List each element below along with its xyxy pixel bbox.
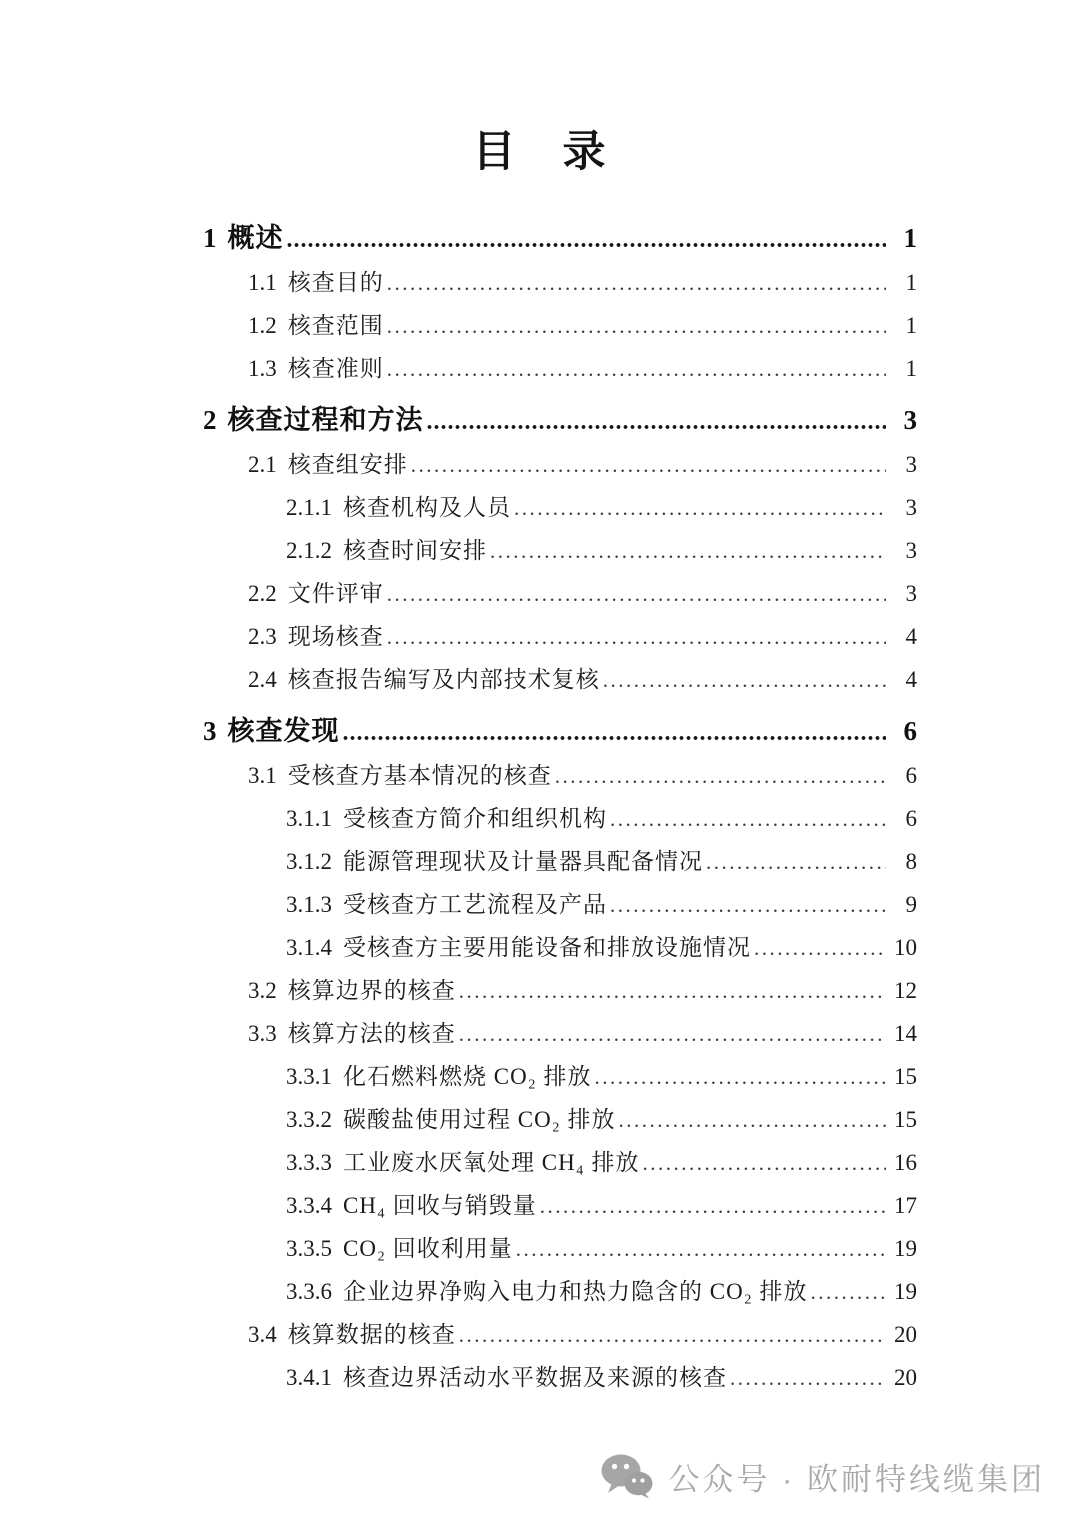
toc-entry-3.1.4: 3.1.4受核查方主要用能设备和排放设施情况..................… — [203, 929, 917, 972]
toc-entry-number: 3.3 — [248, 1021, 277, 1047]
toc-entry-2.1.2: 2.1.2核查时间安排.............................… — [203, 532, 917, 575]
toc-entry-number: 1 — [203, 223, 217, 254]
toc-entry-3.3.2: 3.3.2碳酸盐使用过程 CO₂ 排放.....................… — [203, 1101, 917, 1144]
toc-entry-label: 受核查方简介和组织机构 — [343, 800, 607, 833]
toc-leader-dots: ........................................… — [459, 1323, 886, 1348]
toc-entry-label: 核查边界活动水平数据及来源的核查 — [343, 1359, 727, 1392]
toc-entry-2.1: 2.1核查组安排................................… — [203, 446, 917, 489]
toc-entry-3.1.2: 3.1.2能源管理现状及计量器具配备情况....................… — [203, 843, 917, 886]
toc-entry-number: 3.1.1 — [286, 806, 332, 832]
toc-entry-number: 1.1 — [248, 270, 277, 296]
toc-entry-label: 核算方法的核查 — [288, 1015, 456, 1048]
toc-page-number: 17 — [891, 1193, 917, 1219]
toc-leader-dots: ........................................… — [642, 1151, 886, 1176]
toc-leader-dots: ........................................… — [754, 936, 886, 961]
toc-leader-dots: ........................................… — [603, 668, 886, 693]
toc-entry-1.2: 1.2核查范围.................................… — [203, 307, 917, 350]
toc-page-number: 20 — [891, 1365, 917, 1391]
page-title: 目 录 — [0, 0, 1080, 179]
toc-entry-number: 3.1.2 — [286, 849, 332, 875]
toc-page-number: 1 — [891, 356, 917, 382]
toc-entry-label: 碳酸盐使用过程 CO₂ 排放 — [343, 1101, 615, 1134]
toc-entry-number: 2.1.1 — [286, 495, 332, 521]
toc-leader-dots: ........................................… — [287, 227, 887, 254]
toc-entry-label: 核查机构及人员 — [343, 489, 511, 522]
toc-entry-label: 核查组安排 — [288, 446, 408, 479]
toc-entry-3.1: 3.1受核查方基本情况的核查..........................… — [203, 757, 917, 800]
toc-leader-dots: ........................................… — [387, 582, 886, 607]
watermark-footer: 公众号 · 欧耐特线缆集团 — [600, 1453, 1045, 1499]
toc-leader-dots: ........................................… — [810, 1280, 886, 1305]
toc-page-number: 4 — [891, 667, 917, 693]
toc-page-number: 1 — [891, 313, 917, 339]
toc-page-number: 14 — [891, 1021, 917, 1047]
toc-page-number: 16 — [891, 1150, 917, 1176]
toc-leader-dots: ........................................… — [610, 807, 886, 832]
toc-entry-number: 3.3.2 — [286, 1107, 332, 1133]
toc-page-number: 9 — [891, 892, 917, 918]
toc-entry-3.4.1: 3.4.1核查边界活动水平数据及来源的核查...................… — [203, 1359, 917, 1402]
toc-page-number: 1 — [891, 270, 917, 296]
toc-entry-label: 核查目的 — [288, 264, 384, 297]
toc-entry-3.3.3: 3.3.3工业废水厌氧处理 CH₄ 排放....................… — [203, 1144, 917, 1187]
toc-entry-number: 3.3.6 — [286, 1279, 332, 1305]
toc-leader-dots: ........................................… — [427, 409, 887, 436]
toc-entry-label: 核算数据的核查 — [288, 1316, 456, 1349]
toc-leader-dots: ........................................… — [490, 539, 886, 564]
toc-entry-number: 2 — [203, 405, 217, 436]
toc-entry-number: 2.1.2 — [286, 538, 332, 564]
toc-entry-number: 3.4 — [248, 1322, 277, 1348]
toc-entry-1.1: 1.1核查目的.................................… — [203, 264, 917, 307]
toc-entry-3.3.5: 3.3.5CO₂ 回收利用量..........................… — [203, 1230, 917, 1273]
toc-leader-dots: ........................................… — [514, 496, 886, 521]
toc-leader-dots: ........................................… — [459, 1022, 886, 1047]
toc-entry-number: 3.1 — [248, 763, 277, 789]
toc-page-number: 10 — [891, 935, 917, 961]
toc-entry-number: 3.3.5 — [286, 1236, 332, 1262]
toc-page-number: 15 — [891, 1064, 917, 1090]
toc-entry-number: 3.3.4 — [286, 1193, 332, 1219]
toc-entry-label: 核查过程和方法 — [228, 398, 424, 437]
toc-entry-label: 核查时间安排 — [343, 532, 487, 565]
toc-leader-dots: ........................................… — [387, 357, 886, 382]
toc-entry-number: 1.3 — [248, 356, 277, 382]
toc-entry-number: 3.3.3 — [286, 1150, 332, 1176]
toc-entry-3.1.1: 3.1.1受核查方简介和组织机构........................… — [203, 800, 917, 843]
toc-entry-label: CH₄ 回收与销毁量 — [343, 1187, 537, 1220]
toc-entry-label: 现场核查 — [288, 618, 384, 651]
toc-entry-number: 3.1.3 — [286, 892, 332, 918]
toc-entry-number: 2.4 — [248, 667, 277, 693]
toc-entry-label: 企业边界净购入电力和热力隐含的 CO₂ 排放 — [343, 1273, 807, 1306]
wechat-icon — [600, 1453, 654, 1499]
toc-leader-dots: ........................................… — [387, 314, 886, 339]
toc-page-number: 3 — [891, 405, 917, 436]
toc-entry-3.3.1: 3.3.1化石燃料燃烧 CO₂ 排放......................… — [203, 1058, 917, 1101]
toc-entry-label: 核查准则 — [288, 350, 384, 383]
toc-page: 目 录 1概述.................................… — [0, 0, 1080, 1527]
toc-leader-dots: ........................................… — [706, 850, 886, 875]
toc-entry-label: 受核查方工艺流程及产品 — [343, 886, 607, 919]
toc-page-number: 6 — [891, 716, 917, 747]
toc-page-number: 3 — [891, 581, 917, 607]
toc-entry-number: 2.2 — [248, 581, 277, 607]
toc-leader-dots: ........................................… — [610, 893, 886, 918]
toc-page-number: 12 — [891, 978, 917, 1004]
toc-entry-3.3.6: 3.3.6企业边界净购入电力和热力隐含的 CO₂ 排放.............… — [203, 1273, 917, 1316]
toc-page-number: 20 — [891, 1322, 917, 1348]
toc-page-number: 15 — [891, 1107, 917, 1133]
toc-entry-label: 化石燃料燃烧 CO₂ 排放 — [343, 1058, 591, 1091]
toc-leader-dots: ........................................… — [343, 720, 887, 747]
toc-entry-2.2: 2.2文件评审.................................… — [203, 575, 917, 618]
toc-entry-number: 1.2 — [248, 313, 277, 339]
toc-page-number: 3 — [891, 495, 917, 521]
toc-entry-3.3: 3.3核算方法的核查..............................… — [203, 1015, 917, 1058]
toc-entry-2.3: 2.3现场核查.................................… — [203, 618, 917, 661]
toc-page-number: 4 — [891, 624, 917, 650]
toc-entry-number: 2.3 — [248, 624, 277, 650]
toc-page-number: 3 — [891, 452, 917, 478]
toc-entry-3.3.4: 3.3.4CH₄ 回收与销毁量.........................… — [203, 1187, 917, 1230]
toc-entry-number: 3.4.1 — [286, 1365, 332, 1391]
toc-entry-label: 文件评审 — [288, 575, 384, 608]
toc-entry-label: 受核查方基本情况的核查 — [288, 757, 552, 790]
watermark-text: 公众号 · 欧耐特线缆集团 — [668, 1454, 1045, 1499]
toc-entry-label: 核算边界的核查 — [288, 972, 456, 1005]
toc-page-number: 6 — [891, 806, 917, 832]
toc-entry-label: 核查发现 — [228, 709, 340, 748]
toc-entry-label: 受核查方主要用能设备和排放设施情况 — [343, 929, 751, 962]
toc-entry-1: 1概述.....................................… — [203, 216, 917, 259]
toc-page-number: 1 — [891, 223, 917, 254]
toc-entry-number: 3.3.1 — [286, 1064, 332, 1090]
toc-entry-number: 2.1 — [248, 452, 277, 478]
toc-leader-dots: ........................................… — [387, 271, 886, 296]
toc-list: 1概述.....................................… — [203, 216, 917, 1402]
toc-page-number: 6 — [891, 763, 917, 789]
toc-leader-dots: ........................................… — [387, 625, 886, 650]
toc-entry-2.4: 2.4核查报告编写及内部技术复核........................… — [203, 661, 917, 704]
toc-leader-dots: ........................................… — [540, 1194, 886, 1219]
toc-entry-3.2: 3.2核算边界的核查..............................… — [203, 972, 917, 1015]
toc-leader-dots: ........................................… — [411, 453, 886, 478]
toc-entry-label: 核查范围 — [288, 307, 384, 340]
toc-entry-2.1.1: 2.1.1核查机构及人员............................… — [203, 489, 917, 532]
toc-leader-dots: ........................................… — [516, 1237, 886, 1262]
toc-page-number: 8 — [891, 849, 917, 875]
toc-entry-3: 3核查发现...................................… — [203, 709, 917, 752]
toc-entry-3.4: 3.4核算数据的核查..............................… — [203, 1316, 917, 1359]
toc-entry-2: 2核查过程和方法................................… — [203, 398, 917, 441]
toc-leader-dots: ........................................… — [459, 979, 886, 1004]
toc-leader-dots: ........................................… — [555, 764, 886, 789]
toc-entry-number: 3 — [203, 716, 217, 747]
toc-entry-number: 3.1.4 — [286, 935, 332, 961]
toc-entry-label: 工业废水厌氧处理 CH₄ 排放 — [343, 1144, 639, 1177]
toc-entry-label: 概述 — [228, 216, 284, 255]
toc-entry-label: CO₂ 回收利用量 — [343, 1230, 513, 1263]
toc-entry-1.3: 1.3核查准则.................................… — [203, 350, 917, 393]
toc-entry-label: 核查报告编写及内部技术复核 — [288, 661, 600, 694]
toc-entry-number: 3.2 — [248, 978, 277, 1004]
toc-page-number: 3 — [891, 538, 917, 564]
toc-leader-dots: ........................................… — [618, 1108, 886, 1133]
toc-leader-dots: ........................................… — [594, 1065, 886, 1090]
toc-leader-dots: ........................................… — [730, 1366, 886, 1391]
toc-entry-label: 能源管理现状及计量器具配备情况 — [343, 843, 703, 876]
toc-page-number: 19 — [891, 1279, 917, 1305]
toc-page-number: 19 — [891, 1236, 917, 1262]
toc-entry-3.1.3: 3.1.3受核查方工艺流程及产品........................… — [203, 886, 917, 929]
